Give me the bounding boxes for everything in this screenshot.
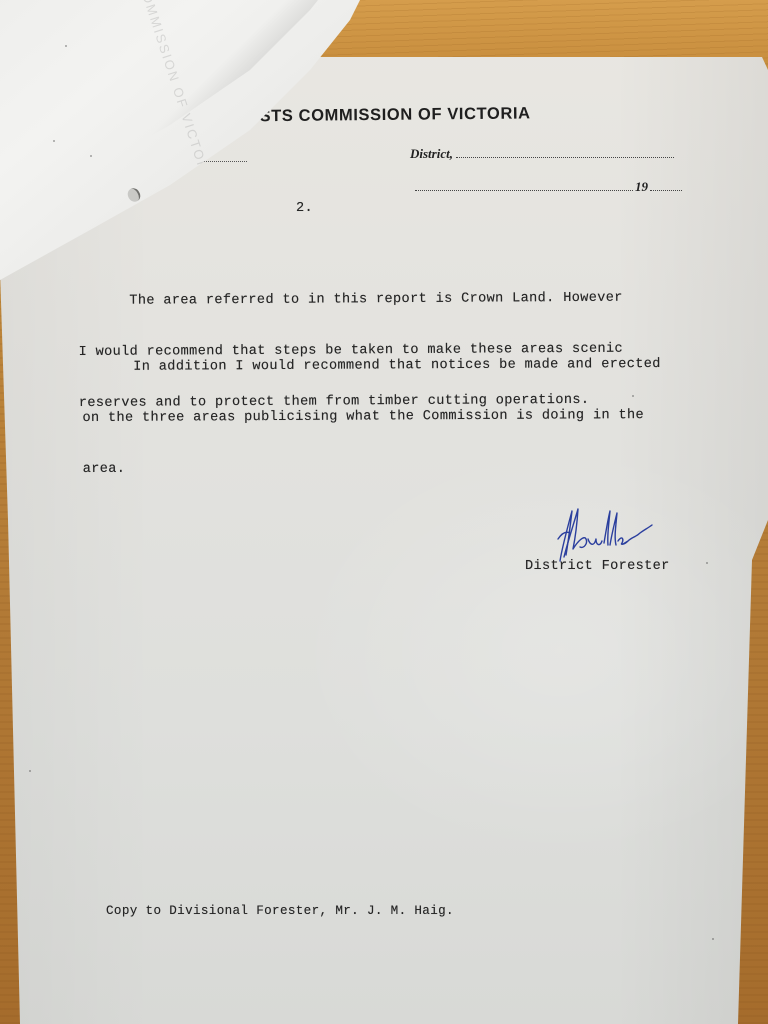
page-number: 2.	[296, 200, 313, 217]
date-blank	[415, 189, 633, 191]
paragraph-line: area.	[83, 458, 662, 478]
paragraph-2: In addition I would recommend that notic…	[82, 322, 661, 512]
paper-speck	[53, 140, 55, 142]
signer-title: District Forester	[525, 558, 670, 575]
paper-speck	[632, 395, 634, 397]
signature-icon	[548, 503, 658, 565]
year-prefix: 19	[635, 179, 648, 194]
paper-speck	[712, 938, 714, 940]
year-blank	[650, 189, 682, 191]
date-field: 19	[415, 179, 682, 195]
paragraph-line: In addition I would recommend that notic…	[82, 356, 661, 376]
copy-to-line: Copy to Divisional Forester, Mr. J. M. H…	[106, 903, 454, 920]
paragraph-line: The area referred to in this report is C…	[78, 290, 623, 310]
district-field: District,	[410, 146, 674, 162]
district-label: District,	[410, 146, 453, 161]
paper-speck	[90, 155, 92, 157]
paper-speck	[29, 770, 31, 772]
district-blank	[456, 156, 674, 158]
paragraph-line: on the three areas publicising what the …	[82, 407, 661, 427]
paper-speck	[470, 415, 472, 417]
paper-speck	[65, 45, 67, 47]
handwritten-signature	[548, 503, 658, 565]
paper-speck	[706, 562, 708, 564]
